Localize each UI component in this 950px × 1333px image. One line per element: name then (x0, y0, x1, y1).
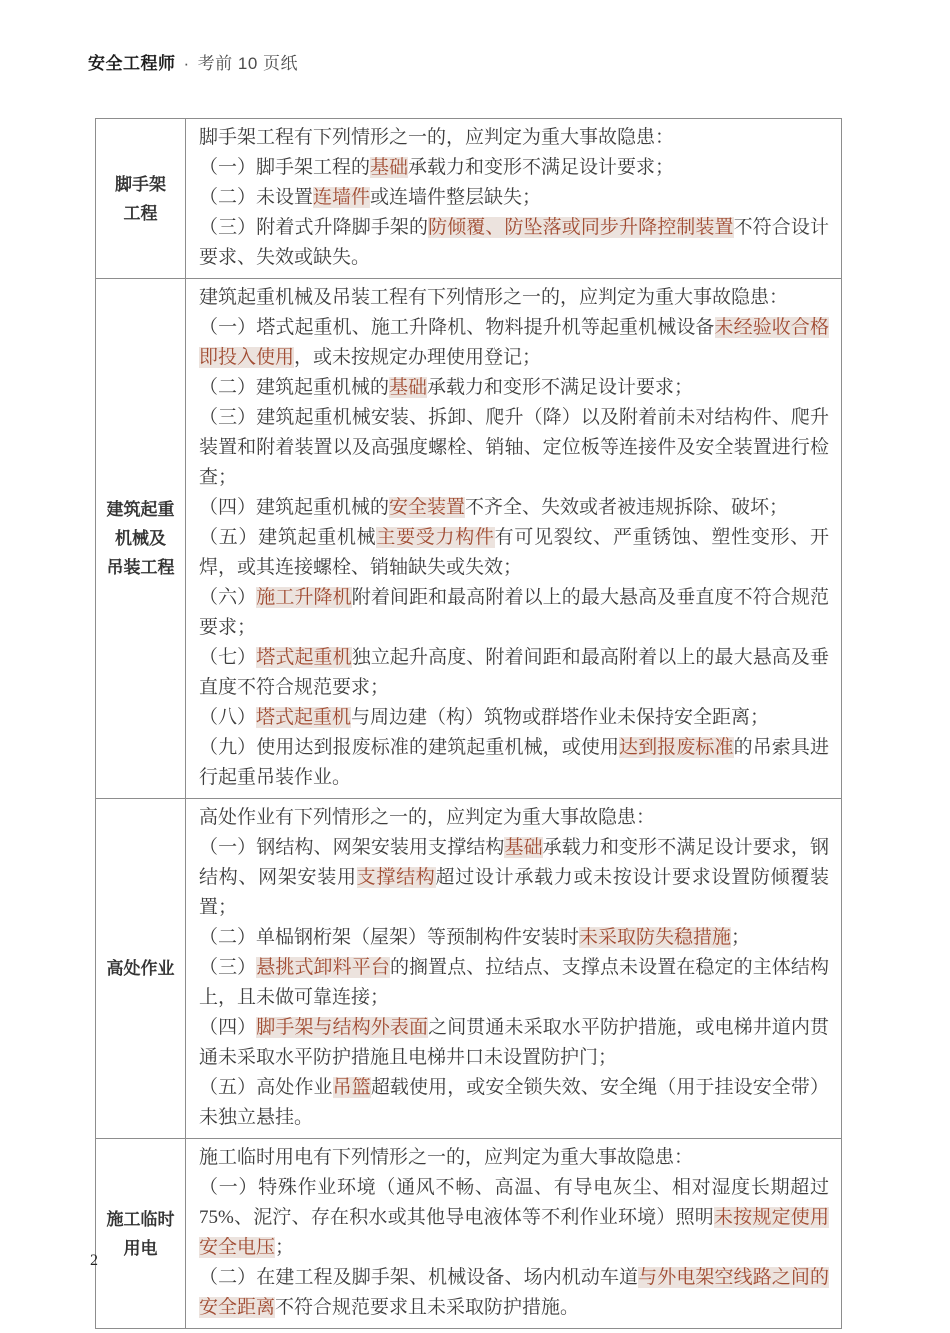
row-category-line: 机械及 (115, 529, 166, 548)
row-category-label: 脚手架工程 (96, 119, 186, 279)
highlighted-phrase: 施工升降机 (256, 587, 351, 608)
highlighted-phrase: 防倾覆、防坠落或同步升降控制装置 (428, 217, 733, 238)
highlighted-phrase: 达到报废标准 (619, 737, 734, 758)
page-footer: 2 (90, 1252, 98, 1270)
row-content-cell: 施工临时用电有下列情形之一的，应判定为重大事故隐患：（一）特殊作业环境（通风不畅… (186, 1139, 842, 1329)
highlighted-phrase: 基础 (370, 157, 408, 178)
highlighted-phrase: 未按规定使用安全电压 (199, 1207, 829, 1258)
row-category-label: 高处作业 (96, 799, 186, 1139)
highlighted-phrase: 悬挑式卸料平台 (256, 957, 390, 978)
clause-paragraph: （二）在建工程及脚手架、机械设备、场内机动车道与外电架空线路之间的安全距离不符合… (199, 1263, 829, 1323)
highlighted-phrase: 连墙件 (313, 187, 370, 208)
page-number: 2 (90, 1252, 98, 1269)
row-category-label: 施工临时用电 (96, 1139, 186, 1329)
row-content-cell: 高处作业有下列情形之一的，应判定为重大事故隐患：（一）钢结构、网架安装用支撑结构… (186, 799, 842, 1139)
table-row: 施工临时用电施工临时用电有下列情形之一的，应判定为重大事故隐患：（一）特殊作业环… (96, 1139, 842, 1329)
row-category-line: 用电 (124, 1239, 158, 1258)
row-category-line: 建筑起重 (107, 500, 175, 519)
clause-paragraph: （六）施工升降机附着间距和最高附着以上的最大悬高及垂直度不符合规范要求； (199, 583, 829, 643)
clause-paragraph: （八）塔式起重机与周边建（构）筑物或群塔作业未保持安全距离； (199, 703, 829, 733)
clause-paragraph: （二）未设置连墙件或连墙件整层缺失； (199, 183, 829, 213)
table-row: 高处作业高处作业有下列情形之一的，应判定为重大事故隐患：（一）钢结构、网架安装用… (96, 799, 842, 1139)
clause-paragraph: （四）脚手架与结构外表面之间贯通未采取水平防护措施，或电梯井道内贯通未采取水平防… (199, 1013, 829, 1073)
row-category-line: 工程 (124, 204, 158, 223)
clause-paragraph: （一）特殊作业环境（通风不畅、高温、有导电灰尘、相对湿度长期超过 75%、泥泞、… (199, 1173, 829, 1263)
table-row: 建筑起重机械及吊装工程建筑起重机械及吊装工程有下列情形之一的，应判定为重大事故隐… (96, 279, 842, 799)
row-category-label: 建筑起重机械及吊装工程 (96, 279, 186, 799)
clause-paragraph: （一）钢结构、网架安装用支撑结构基础承载力和变形不满足设计要求，钢结构、网架安装… (199, 833, 829, 923)
clause-paragraph: （三）附着式升降脚手架的防倾覆、防坠落或同步升降控制装置不符合设计要求、失效或缺… (199, 213, 829, 273)
highlighted-phrase: 支撑结构 (357, 867, 436, 888)
clause-paragraph: （五）建筑起重机械主要受力构件有可见裂纹、严重锈蚀、塑性变形、开焊，或其连接螺栓… (199, 523, 829, 583)
highlighted-phrase: 吊篮 (333, 1077, 371, 1098)
highlighted-phrase: 基础 (389, 377, 427, 398)
row-content-cell: 脚手架工程有下列情形之一的，应判定为重大事故隐患：（一）脚手架工程的基础承载力和… (186, 119, 842, 279)
header-subtitle: 考前 10 页纸 (198, 54, 298, 73)
clause-paragraph: （九）使用达到报废标准的建筑起重机械，或使用达到报废标准的吊索具进行起重吊装作业… (199, 733, 829, 793)
clause-paragraph: （一）塔式起重机、施工升降机、物料提升机等起重机械设备未经验收合格即投入使用，或… (199, 313, 829, 373)
row-category-line: 吊装工程 (107, 558, 175, 577)
clause-paragraph: 施工临时用电有下列情形之一的，应判定为重大事故隐患： (199, 1143, 829, 1173)
clause-paragraph: 脚手架工程有下列情形之一的，应判定为重大事故隐患： (199, 123, 829, 153)
highlighted-phrase: 脚手架与结构外表面 (256, 1017, 428, 1038)
title-separator: · (184, 54, 190, 73)
clause-paragraph: （五）高处作业吊篮超载使用，或安全锁失效、安全绳（用于挂设安全带）未独立悬挂。 (199, 1073, 829, 1133)
clause-paragraph: （二）单榀钢桁架（屋架）等预制构件安装时未采取防失稳措施； (199, 923, 829, 953)
highlighted-phrase: 与外电架空线路之间的安全距离 (199, 1267, 829, 1318)
highlighted-phrase: 主要受力构件 (376, 527, 494, 548)
page-header: 安全工程师·考前 10 页纸 (88, 49, 298, 74)
clause-paragraph: （三）建筑起重机械安装、拆卸、爬升（降）以及附着前未对结构件、爬升装置和附着装置… (199, 403, 829, 493)
highlighted-phrase: 未经验收合格即投入使用 (199, 317, 829, 368)
hazard-table: 脚手架工程脚手架工程有下列情形之一的，应判定为重大事故隐患：（一）脚手架工程的基… (95, 118, 842, 1329)
clause-paragraph: （七）塔式起重机独立起升高度、附着间距和最高附着以上的最大悬高及垂直度不符合规范… (199, 643, 829, 703)
row-category-line: 脚手架 (115, 175, 166, 194)
highlighted-phrase: 塔式起重机 (256, 707, 351, 728)
highlighted-phrase: 安全装置 (389, 497, 465, 518)
clause-paragraph: （四）建筑起重机械的安全装置不齐全、失效或者被违规拆除、破坏； (199, 493, 829, 523)
highlighted-phrase: 未采取防失稳措施 (579, 927, 731, 948)
clause-paragraph: （二）建筑起重机械的基础承载力和变形不满足设计要求； (199, 373, 829, 403)
row-category-line: 高处作业 (107, 959, 175, 978)
clause-paragraph: （三）悬挑式卸料平台的搁置点、拉结点、支撑点未设置在稳定的主体结构上，且未做可靠… (199, 953, 829, 1013)
highlighted-phrase: 基础 (504, 837, 542, 858)
clause-paragraph: （一）脚手架工程的基础承载力和变形不满足设计要求； (199, 153, 829, 183)
hazard-table-body: 脚手架工程脚手架工程有下列情形之一的，应判定为重大事故隐患：（一）脚手架工程的基… (96, 119, 842, 1329)
row-category-line: 施工临时 (107, 1210, 175, 1229)
highlighted-phrase: 塔式起重机 (256, 647, 351, 668)
row-content-cell: 建筑起重机械及吊装工程有下列情形之一的，应判定为重大事故隐患：（一）塔式起重机、… (186, 279, 842, 799)
clause-paragraph: 高处作业有下列情形之一的，应判定为重大事故隐患： (199, 803, 829, 833)
table-row: 脚手架工程脚手架工程有下列情形之一的，应判定为重大事故隐患：（一）脚手架工程的基… (96, 119, 842, 279)
brand-title: 安全工程师 (88, 54, 176, 73)
clause-paragraph: 建筑起重机械及吊装工程有下列情形之一的，应判定为重大事故隐患： (199, 283, 829, 313)
